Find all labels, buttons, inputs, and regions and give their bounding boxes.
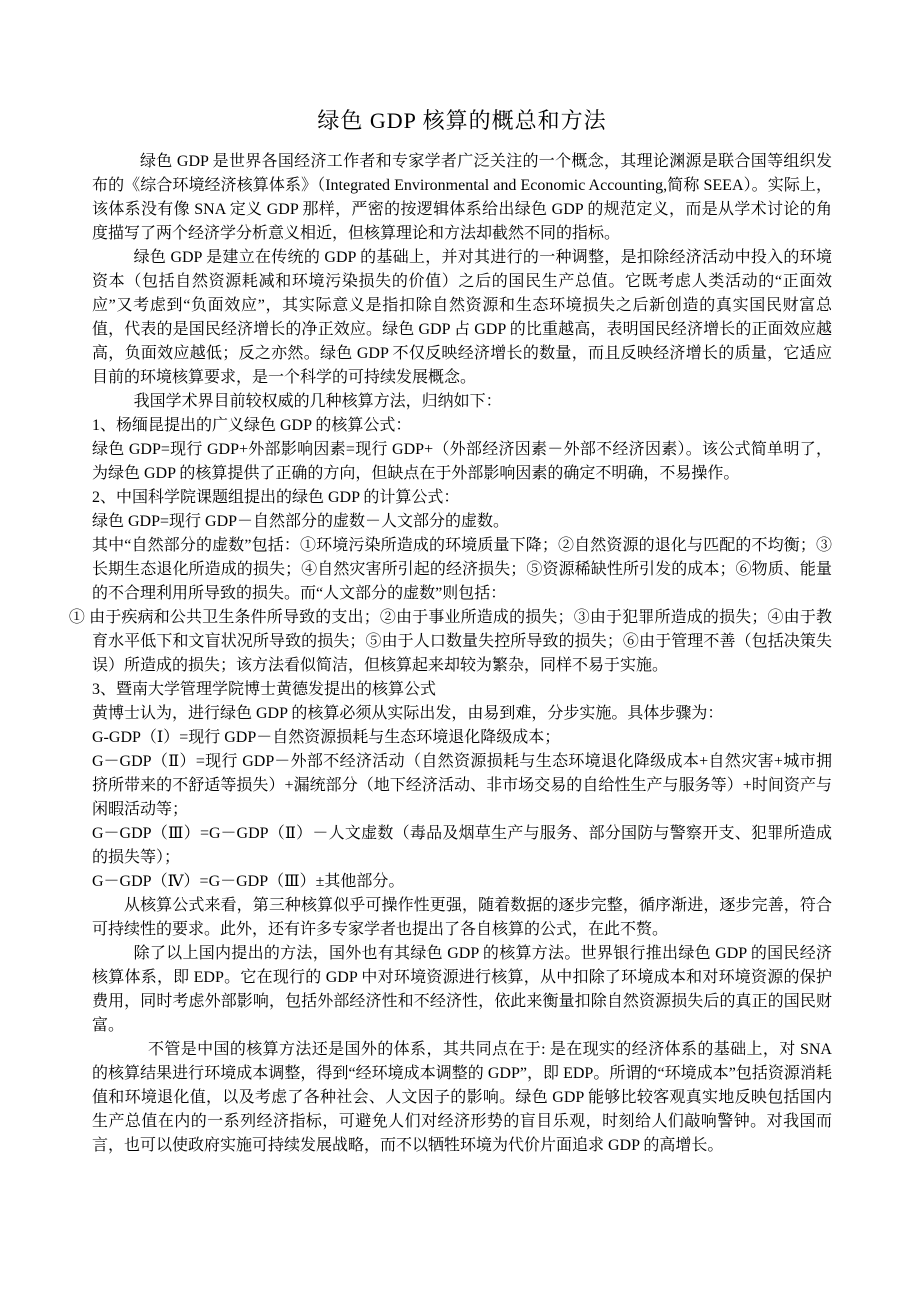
human-imputed-list: ① 由于疾病和公共卫生条件所导致的支出；②由于事业所造成的损失；③由于犯罪所造成… [92,606,832,678]
method-2-heading: 2、中国科学院课题组提出的绿色 GDP 的计算公式： [92,486,832,510]
ggdp-1-formula: G-GDP（Ⅰ）=现行 GDP－自然资源损耗与生态环境退化降级成本； [92,726,832,750]
method-3-heading: 3、暨南大学管理学院博士黄德发提出的核算公式 [92,678,832,702]
method-1-formula: 绿色 GDP=现行 GDP+外部影响因素=现行 GDP+（外部经济因素－外部不经… [92,438,832,486]
methods-intro: 我国学术界目前较权威的几种核算方法，归纳如下： [92,390,832,414]
ggdp-3-formula: G－GDP（Ⅲ）=G－GDP（Ⅱ）－人文虚数（毒品及烟草生产与服务、部分国防与警… [92,822,832,870]
method-2-formula: 绿色 GDP=现行 GDP－自然部分的虚数－人文部分的虚数。 [92,510,832,534]
document-title: 绿色 GDP 核算的概总和方法 [92,104,832,138]
ggdp-2-formula: G－GDP（Ⅱ）=现行 GDP－外部不经济活动（自然资源损耗与生态环境退化降级成… [92,750,832,822]
comparison-paragraph: 从核算公式来看，第三种核算似乎可操作性更强，随着数据的逐步完整，循序渐进，逐步完… [92,894,832,942]
document-page: 绿色 GDP 核算的概总和方法 绿色 GDP 是世界各国经济工作者和专家学者广泛… [0,0,920,1302]
intro-paragraph: 绿色 GDP 是世界各国经济工作者和专家学者广泛关注的一个概念，其理论渊源是联合… [92,150,832,246]
ggdp-4-formula: G－GDP（Ⅳ）=G－GDP（Ⅲ）±其他部分。 [92,870,832,894]
document-body: 绿色 GDP 核算的概总和方法 绿色 GDP 是世界各国经济工作者和专家学者广泛… [92,104,832,1158]
method-3-intro: 黄博士认为，进行绿色 GDP 的核算必须从实际出发，由易到难，分步实施。具体步骤… [92,702,832,726]
natural-imputed-list: 其中“自然部分的虚数”包括：①环境污染所造成的环境质量下降；②自然资源的退化与匹… [92,534,832,606]
definition-paragraph: 绿色 GDP 是建立在传统的 GDP 的基础上，并对其进行的一种调整，是扣除经济… [92,246,832,390]
world-bank-paragraph: 除了以上国内提出的方法，国外也有其绿色 GDP 的核算方法。世界银行推出绿色 G… [92,942,832,1038]
conclusion-paragraph: 不管是中国的核算方法还是国外的体系，其共同点在于: 是在现实的经济体系的基础上，… [92,1038,832,1158]
method-1-heading: 1、杨缅昆提出的广义绿色 GDP 的核算公式： [92,414,832,438]
